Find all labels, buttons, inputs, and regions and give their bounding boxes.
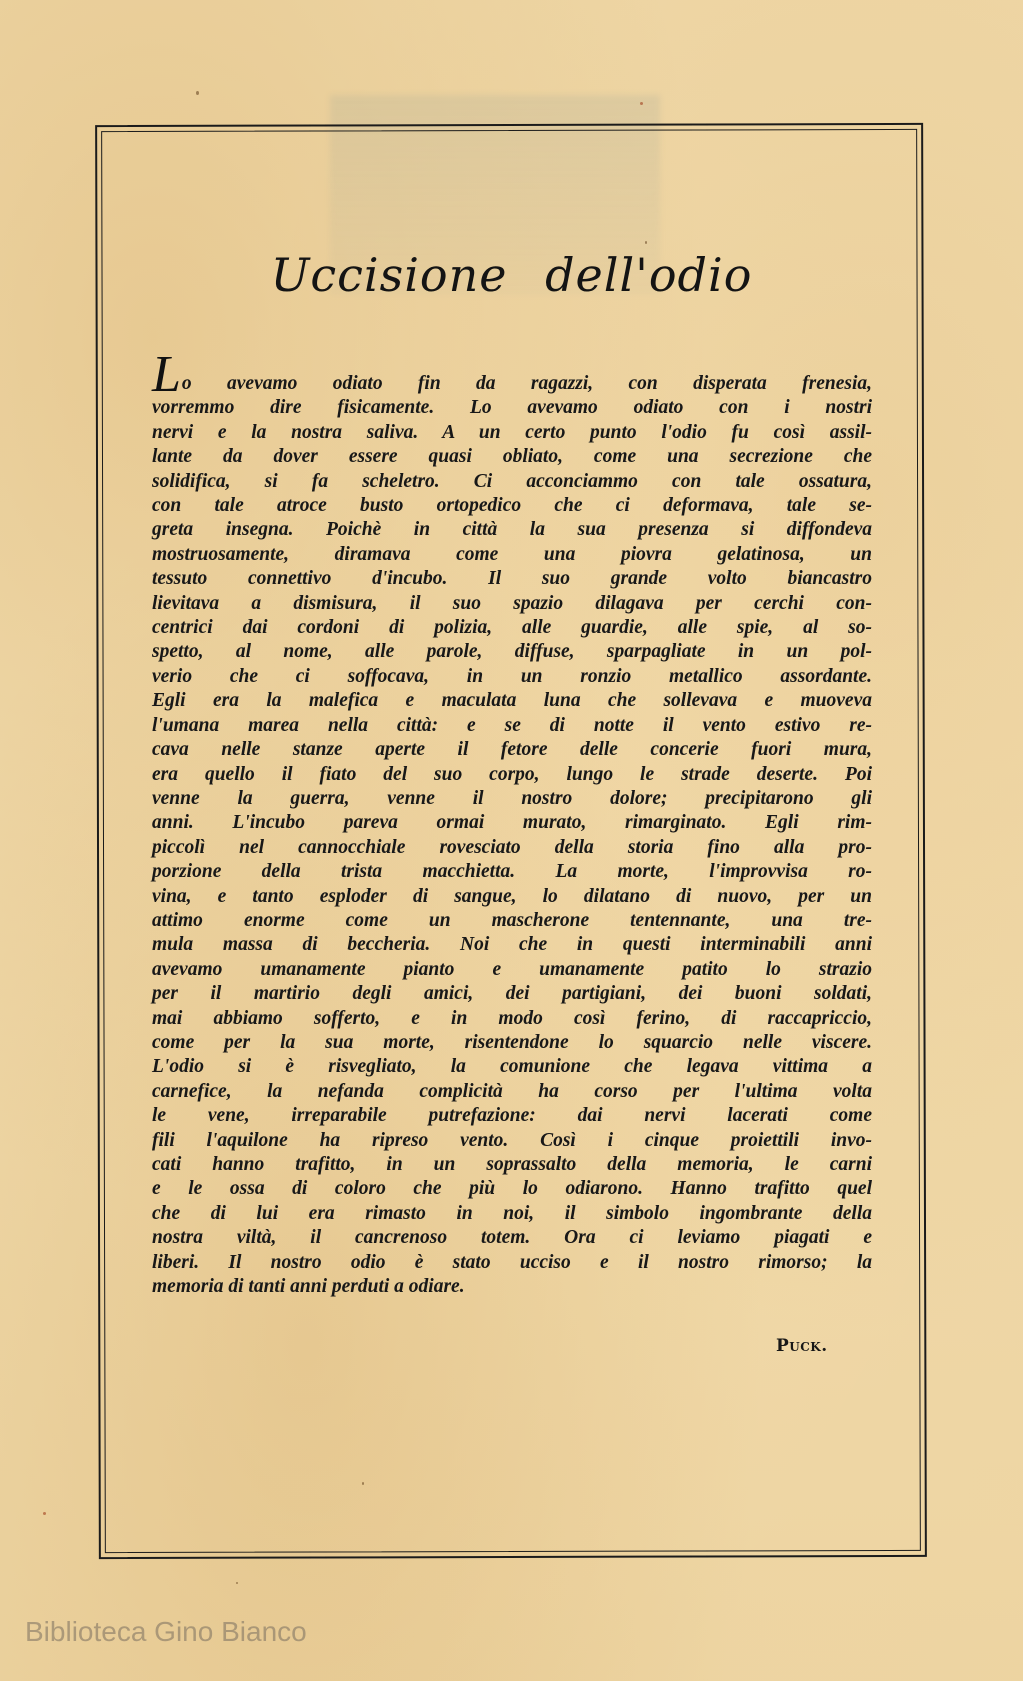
article-line: era quello il fiato del suo corpo, lungo… <box>152 763 872 787</box>
article-line: per il martirio degli amici, dei partigi… <box>152 982 872 1006</box>
article-line: vorremmo dire fisicamente. Lo avevamo od… <box>152 396 872 420</box>
paper-speck <box>640 102 643 105</box>
article-line: centrici dai cordoni di polizia, alle gu… <box>152 616 872 640</box>
article-line: l'umana marea nella città: e se di notte… <box>152 714 872 738</box>
article-line: spetto, al nome, alle parole, diffuse, s… <box>152 640 872 664</box>
article-line: carnefice, la nefanda complicità ha cors… <box>152 1080 872 1104</box>
article-line: cati hanno trafitto, in un soprassalto d… <box>152 1153 872 1177</box>
paper-speck <box>362 1482 364 1485</box>
article-line: con tale atroce busto ortopedico che ci … <box>152 494 872 518</box>
article-line: nervi e la nostra saliva. A un certo pun… <box>152 421 872 445</box>
article-line: lante da dover essere quasi obliato, com… <box>152 445 872 469</box>
article-line: verio che ci soffocava, in un ronzio met… <box>152 665 872 689</box>
drop-cap: L <box>152 346 181 403</box>
article-line: Egli era la malefica e maculata luna che… <box>152 689 872 713</box>
article-line: Lo avevamo odiato fin da ragazzi, con di… <box>152 360 872 396</box>
article-line: mula massa di beccheria. Noi che in ques… <box>152 933 872 957</box>
article-line: lievitava a dismisura, il suo spazio dil… <box>152 592 872 616</box>
article-line: porzione della trista macchietta. La mor… <box>152 860 872 884</box>
article-line: le vene, irreparabile putrefazione: dai … <box>152 1104 872 1128</box>
article-line: liberi. Il nostro odio è stato ucciso e … <box>152 1251 872 1275</box>
article-line: attimo enorme come un mascherone tentenn… <box>152 909 872 933</box>
article-line: greta insegna. Poichè in città la sua pr… <box>152 518 872 542</box>
article-body: Lo avevamo odiato fin da ragazzi, con di… <box>152 360 872 1299</box>
article-line: piccolì nel cannocchiale rovesciato dell… <box>152 836 872 860</box>
article-line: mostruosamente, diramava come una piovra… <box>152 543 872 567</box>
paper-speck <box>196 91 199 95</box>
library-watermark: Biblioteca Gino Bianco <box>25 1616 307 1648</box>
article-line: vina, e tanto esploder di sangue, lo dil… <box>152 885 872 909</box>
article-line: mai abbiamo sofferto, e in modo così fer… <box>152 1007 872 1031</box>
article-line: nostra viltà, il cancrenoso totem. Ora c… <box>152 1226 872 1250</box>
article-title: Uccisione dell'odio <box>0 248 1023 302</box>
article-line-last: memoria di tanti anni perduti a odiare. <box>152 1275 872 1299</box>
article-line: avevamo umanamente pianto e umanamente p… <box>152 958 872 982</box>
article-line: venne la guerra, venne il nostro dolore;… <box>152 787 872 811</box>
article-line: solidifica, si fa scheletro. Ci acconcia… <box>152 470 872 494</box>
paper-speck <box>645 241 647 244</box>
paper-speck <box>43 1512 46 1515</box>
article-line: che di lui era rimasto in noi, il simbol… <box>152 1202 872 1226</box>
article-line: come per la sua morte, risentendone lo s… <box>152 1031 872 1055</box>
article-line: tessuto connettivo d'incubo. Il suo gran… <box>152 567 872 591</box>
article-line: anni. L'incubo pareva ormai murato, rima… <box>152 811 872 835</box>
article-line-text: o avevamo odiato fin da ragazzi, con dis… <box>182 373 872 394</box>
article-line: cava nelle stanze aperte il fetore delle… <box>152 738 872 762</box>
article-line: fili l'aquilone ha ripreso vento. Così i… <box>152 1129 872 1153</box>
article-line: e le ossa di coloro che più lo odiarono.… <box>152 1177 872 1201</box>
paper-speck <box>236 1582 238 1584</box>
article-line: L'odio si è risvegliato, la comunione ch… <box>152 1055 872 1079</box>
author-signature: Puck. <box>776 1336 828 1356</box>
